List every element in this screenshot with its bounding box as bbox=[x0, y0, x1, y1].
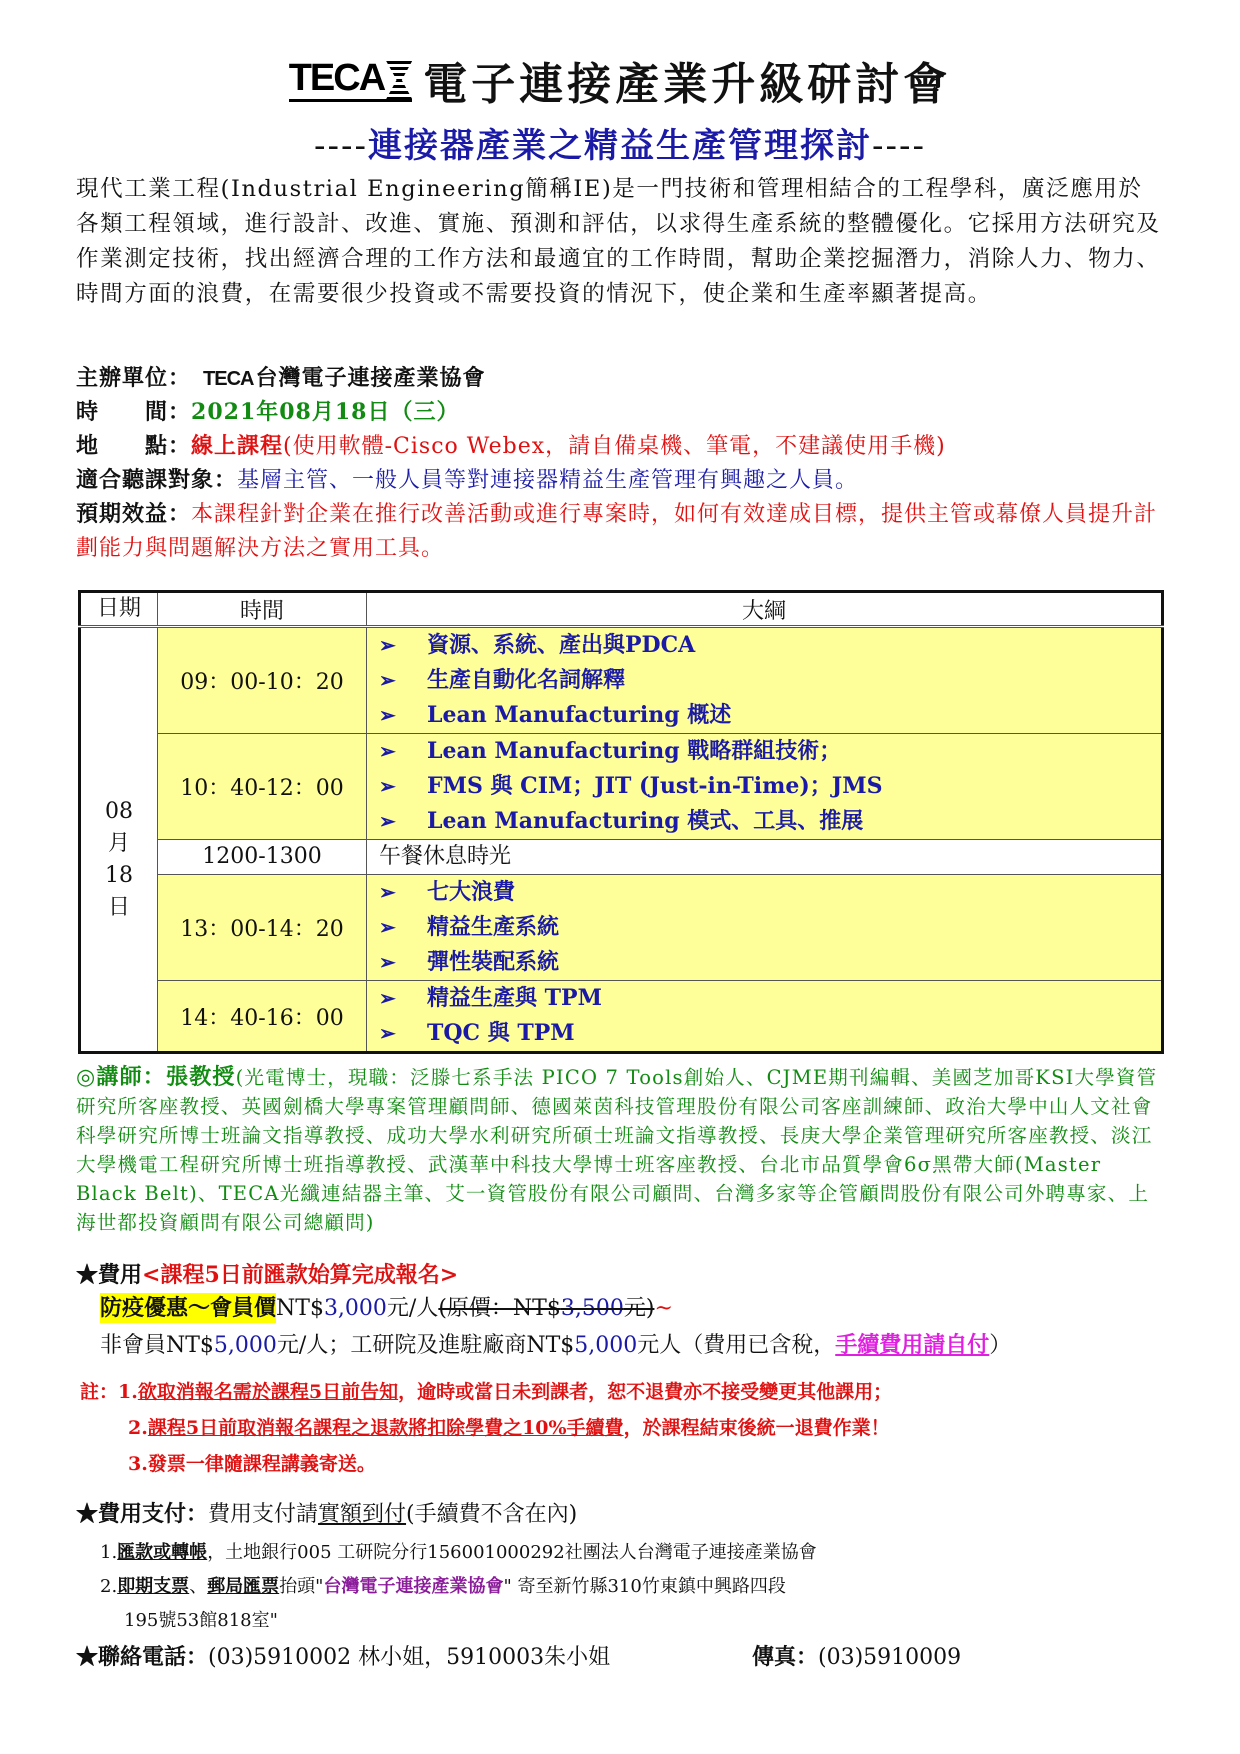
table-row-lunch: 1200-1300 午餐休息時光 bbox=[80, 840, 1163, 875]
payment-method-transfer: 1.匯款或轉帳，土地銀行005 工研院分行156001000292社團法人台灣電… bbox=[100, 1536, 817, 1570]
session-topics: ➢資源、系統、產出與PDCA ➢生產自動化名詞解釋 ➢Lean Manufact… bbox=[367, 627, 1163, 734]
table-row: 13：00-14：20 ➢七大浪費 ➢精益生產系統 ➢彈性裝配系統 bbox=[80, 875, 1163, 981]
topic-item: ➢資源、系統、產出與PDCA bbox=[379, 628, 1161, 663]
note-item: 註：1.欲取消報名需於課程5日前告知，逾時或當日未到課者，恕不退費亦不接受變更其… bbox=[80, 1374, 1170, 1410]
nonmember-price-line: 非會員NT$5,000元/人；工研院及進駐廠商NT$5,000元人（費用已含稅，… bbox=[100, 1327, 1011, 1364]
handling-fee-note: 手續費用請自付 bbox=[835, 1332, 989, 1358]
session-time: 1200-1300 bbox=[158, 840, 367, 875]
arrow-bullet-icon: ➢ bbox=[379, 910, 427, 945]
arrow-bullet-icon: ➢ bbox=[379, 663, 427, 698]
table-row: 10：40-12：00 ➢Lean Manufacturing 戰略群組技術； … bbox=[80, 734, 1163, 840]
topic-item: ➢Lean Manufacturing 概述 bbox=[379, 698, 1161, 733]
date-cell: 08 月 18 日 bbox=[80, 627, 158, 1053]
session-time: 09：00-10：20 bbox=[158, 627, 367, 734]
main-title: 電子連接產業升級研討會 bbox=[423, 48, 951, 112]
fee-note: <課程5日前匯款始算完成報名> bbox=[142, 1262, 458, 1288]
session-time: 10：40-12：00 bbox=[158, 734, 367, 840]
mailing-address-line2: 195號53館818室" bbox=[124, 1604, 278, 1638]
header-date: 日期 bbox=[80, 592, 158, 627]
organizer-name: 台灣電子連接產業協會 bbox=[255, 365, 485, 391]
member-price-line: 防疫優惠～會員價NT$3,000元/人(原價：NT$3,500元)~ bbox=[100, 1290, 673, 1327]
teca-logo-mark-icon bbox=[386, 61, 412, 99]
audience-line: 適合聽課對象：基層主管、一般人員等對連接器精益生產管理有興趣之人員。 bbox=[76, 463, 1176, 498]
location-detail: (使用軟體-Cisco Webex，請自備桌機、筆電，不建議使用手機) bbox=[283, 434, 946, 459]
intro-paragraph: 現代工業工程(Industrial Engineering簡稱IE)是一門技術和… bbox=[76, 172, 1166, 312]
header-time: 時間 bbox=[158, 592, 367, 627]
note-item: 3.發票一律隨課程講義寄送。 bbox=[80, 1446, 1170, 1482]
subtitle-text: 連接器產業之精益生產管理探討 bbox=[368, 126, 872, 166]
schedule-table: 日期 時間 大綱 08 月 18 日 09：00-10：20 ➢資源、系統、產出… bbox=[78, 590, 1164, 1054]
session-time: 13：00-14：20 bbox=[158, 875, 367, 981]
topic-item: ➢TQC 與 TPM bbox=[379, 1016, 1161, 1051]
table-row: 08 月 18 日 09：00-10：20 ➢資源、系統、產出與PDCA ➢生產… bbox=[80, 627, 1163, 734]
arrow-bullet-icon: ➢ bbox=[379, 1016, 427, 1051]
teca-logo: TECA bbox=[289, 58, 412, 102]
arrow-bullet-icon: ➢ bbox=[379, 698, 427, 733]
payment-heading: ★費用支付：費用支付請實額到付(手續費不含在內) bbox=[76, 1496, 577, 1533]
event-date: 2021年08月18日（三） bbox=[191, 399, 459, 425]
topic-item: ➢Lean Manufacturing 模式、工具、推展 bbox=[379, 804, 1161, 839]
nonmember-price: 5,000 bbox=[214, 1333, 277, 1358]
topic-item: ➢精益生產系統 bbox=[379, 910, 1161, 945]
lunch-break: 午餐休息時光 bbox=[367, 840, 1163, 875]
original-price: (原價：NT$3,500元) bbox=[438, 1296, 654, 1321]
member-price: 3,000 bbox=[324, 1296, 387, 1321]
time-line: 時 間：2021年08月18日（三） bbox=[76, 395, 1176, 430]
topic-item: ➢彈性裝配系統 bbox=[379, 945, 1161, 980]
payee-name: 台灣電子連接產業協會 bbox=[323, 1576, 503, 1597]
session-topics: ➢Lean Manufacturing 戰略群組技術； ➢FMS 與 CIM；J… bbox=[367, 734, 1163, 840]
table-row: 14：40-16：00 ➢精益生產與 TPM ➢TQC 與 TPM bbox=[80, 981, 1163, 1053]
instructor-name: ◎講師：張教授 bbox=[76, 1064, 236, 1090]
arrow-bullet-icon: ➢ bbox=[379, 628, 427, 663]
instructor-bio: (光電博士，現職：泛滕七系手法 PICO 7 Tools創始人、CJME期刊編輯… bbox=[76, 1066, 1157, 1234]
header-outline: 大綱 bbox=[367, 592, 1163, 627]
location-line: 地 點：線上課程(使用軟體-Cisco Webex，請自備桌機、筆電，不建議使用… bbox=[76, 429, 1176, 464]
promo-highlight: 防疫優惠～會員價 bbox=[100, 1293, 276, 1323]
contact-phone: ★聯絡電話：(03)5910002 林小姐，5910003朱小姐 bbox=[76, 1640, 610, 1671]
audience-text: 基層主管、一般人員等對連接器精益生產管理有興趣之人員。 bbox=[237, 468, 858, 493]
arrow-bullet-icon: ➢ bbox=[379, 804, 427, 839]
arrow-bullet-icon: ➢ bbox=[379, 945, 427, 980]
table-header-row: 日期 時間 大綱 bbox=[80, 592, 1163, 627]
bank-account: ，土地銀行005 工研院分行156001000292社團法人台灣電子連接產業協會 bbox=[207, 1542, 817, 1563]
subtitle: ----連接器產業之精益生產管理探討---- bbox=[0, 118, 1240, 167]
payment-method-check: 2.即期支票、郵局匯票抬頭"台灣電子連接產業協會" 寄至新竹縣310竹東鎮中興路… bbox=[100, 1570, 786, 1604]
session-topics: ➢精益生產與 TPM ➢TQC 與 TPM bbox=[367, 981, 1163, 1053]
session-time: 14：40-16：00 bbox=[158, 981, 367, 1053]
itri-price: 5,000 bbox=[574, 1333, 637, 1358]
teca-small-logo: TECA bbox=[203, 368, 253, 390]
notes-section: 註：1.欲取消報名需於課程5日前告知，逾時或當日未到課者，恕不退費亦不接受變更其… bbox=[80, 1374, 1170, 1482]
organizer-line: 主辦單位：TECA台灣電子連接產業協會 bbox=[76, 361, 1176, 396]
note-item: 2.課程5日前取消報名課程之退款將扣除學費之10%手續費，於課程結束後統一退費作… bbox=[80, 1410, 1170, 1446]
topic-item: ➢生產自動化名詞解釋 bbox=[379, 663, 1161, 698]
topic-item: ➢七大浪費 bbox=[379, 875, 1161, 910]
topic-item: ➢Lean Manufacturing 戰略群組技術； bbox=[379, 734, 1161, 769]
document-title: TECA 電子連接產業升級研討會 bbox=[0, 48, 1240, 118]
fax-number: (03)5910009 bbox=[818, 1645, 961, 1670]
topic-item: ➢FMS 與 CIM；JIT (Just-in-Time)；JMS bbox=[379, 769, 1161, 804]
topic-item: ➢精益生產與 TPM bbox=[379, 981, 1161, 1016]
arrow-bullet-icon: ➢ bbox=[379, 981, 427, 1016]
arrow-bullet-icon: ➢ bbox=[379, 734, 427, 769]
fee-heading: ★費用<課程5日前匯款始算完成報名> bbox=[76, 1258, 458, 1289]
arrow-bullet-icon: ➢ bbox=[379, 875, 427, 910]
arrow-bullet-icon: ➢ bbox=[379, 769, 427, 804]
session-topics: ➢七大浪費 ➢精益生產系統 ➢彈性裝配系統 bbox=[367, 875, 1163, 981]
benefit-line: 預期效益：本課程針對企業在推行改善活動或進行專案時，如何有效達成目標，提供主管或… bbox=[76, 497, 1170, 566]
contact-fax: 傳真：(03)5910009 bbox=[752, 1640, 961, 1671]
benefit-text: 本課程針對企業在推行改善活動或進行專案時，如何有效達成目標，提供主管或幕僚人員提… bbox=[76, 502, 1157, 561]
phone-numbers: (03)5910002 林小姐，5910003朱小姐 bbox=[208, 1645, 610, 1670]
instructor-section: ◎講師：張教授(光電博士，現職：泛滕七系手法 PICO 7 Tools創始人、C… bbox=[76, 1063, 1166, 1237]
